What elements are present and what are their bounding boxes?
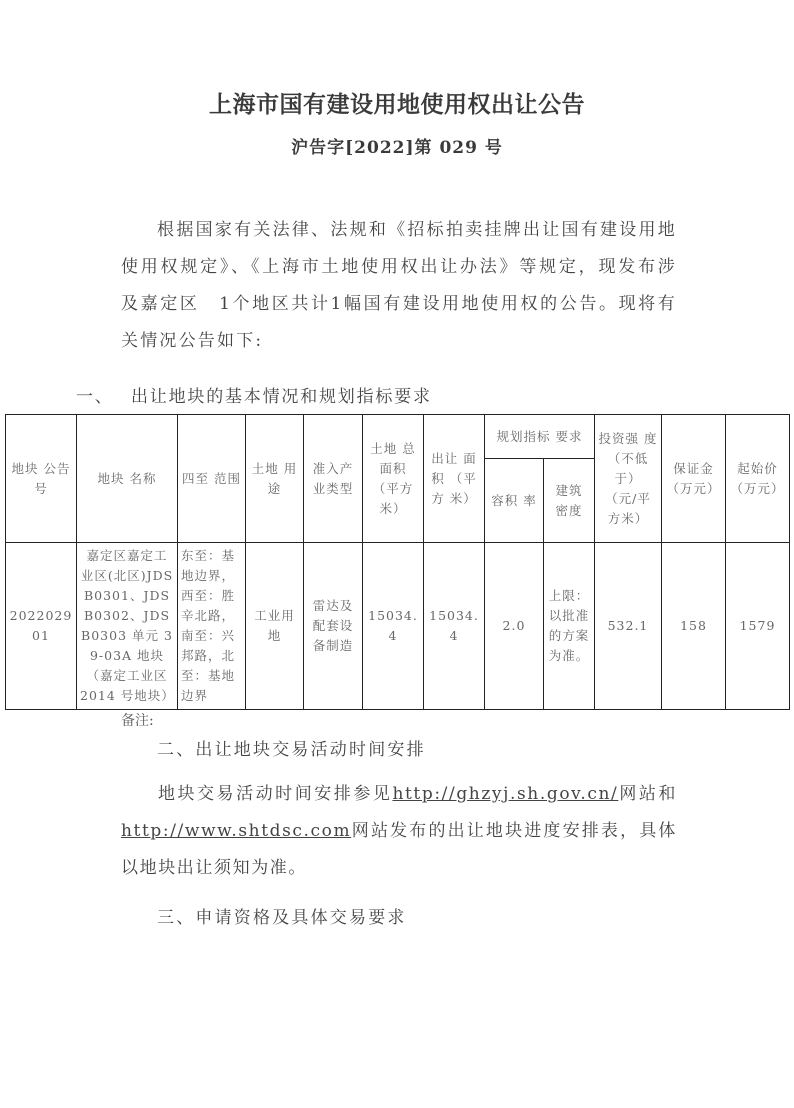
- cell-total-area: 15034.4: [363, 543, 424, 710]
- header-boundaries: 四至 范围: [178, 415, 246, 543]
- header-deposit: 保证金 （万元）: [662, 415, 726, 543]
- cell-boundaries: 东至：基地边界，西至：胜辛北路，南至：兴邦路，北至：基地边界: [178, 543, 246, 710]
- section-2-text-mid: 网站和: [618, 784, 677, 804]
- cell-land-use: 工业用地: [246, 543, 304, 710]
- cell-investment: 532.1: [595, 543, 662, 710]
- header-planning-indicators: 规划指标 要求: [485, 415, 595, 459]
- document-number: 沪告字[2022]第 029 号: [0, 133, 794, 158]
- cell-plot-no: 202202901: [6, 543, 77, 710]
- intro-paragraph: 根据国家有关法律、法规和《招标拍卖挂牌出让国有建设用地使用权规定》、《上海市土地…: [121, 212, 677, 360]
- land-plot-table: 地块 公告号 地块 名称 四至 范围 土地 用途 准入产 业类型 土地 总面积 …: [5, 414, 790, 710]
- header-investment: 投资强 度 （不低 于） （元/平 方米）: [595, 415, 662, 543]
- cell-deposit: 158: [662, 543, 726, 710]
- header-plot-name: 地块 名称: [77, 415, 178, 543]
- cell-start-price: 1579: [726, 543, 790, 710]
- cell-far: 2.0: [485, 543, 544, 710]
- section-3-heading: 三、申请资格及具体交易要求: [121, 900, 677, 937]
- section-2-heading: 二、出让地块交易活动时间安排: [121, 732, 677, 769]
- header-transfer-area: 出让 面积 （平方 米）: [424, 415, 485, 543]
- shtdsc-link[interactable]: http://www.shtdsc.com: [121, 821, 351, 841]
- section-1-number: 一、: [76, 382, 131, 407]
- header-plot-no: 地块 公告号: [6, 415, 77, 543]
- header-industry: 准入产 业类型: [304, 415, 363, 543]
- section-1-title: 出让地块的基本情况和规划指标要求: [131, 387, 432, 407]
- cell-industry: 雷达及配套设备制造: [304, 543, 363, 710]
- header-total-area: 土地 总面积 （平方 米）: [363, 415, 424, 543]
- header-density: 建筑 密度: [544, 459, 595, 543]
- section-1-heading: 一、出让地块的基本情况和规划指标要求: [76, 382, 432, 407]
- header-far: 容积 率: [485, 459, 544, 543]
- intro-text: 根据国家有关法律、法规和《招标拍卖挂牌出让国有建设用地使用权规定》、《上海市土地…: [121, 220, 677, 351]
- announcement-title: 上海市国有建设用地使用权出让公告: [0, 86, 794, 119]
- section-3-title: 三、申请资格及具体交易要求: [157, 908, 407, 928]
- table-note: 备注:: [121, 710, 154, 730]
- header-land-use: 土地 用途: [246, 415, 304, 543]
- cell-transfer-area: 15034.4: [424, 543, 485, 710]
- cell-density: 上限：以批准的方案为准。: [544, 543, 595, 710]
- header-start-price: 起始价 （万元）: [726, 415, 790, 543]
- table-header-row: 地块 公告号 地块 名称 四至 范围 土地 用途 准入产 业类型 土地 总面积 …: [6, 415, 790, 459]
- ghzyj-link[interactable]: http://ghzyj.sh.gov.cn/: [392, 784, 618, 804]
- section-2-text-before: 地块交易活动时间安排参见: [157, 784, 392, 804]
- cell-plot-name: 嘉定区嘉定工业区(北区)JDSB0301、JDSB0302、JDSB0303 单…: [77, 543, 178, 710]
- section-2-title: 二、出让地块交易活动时间安排: [157, 740, 426, 760]
- section-2-paragraph: 地块交易活动时间安排参见http://ghzyj.sh.gov.cn/网站和ht…: [121, 776, 677, 887]
- table-row: 202202901 嘉定区嘉定工业区(北区)JDSB0301、JDSB0302、…: [6, 543, 790, 710]
